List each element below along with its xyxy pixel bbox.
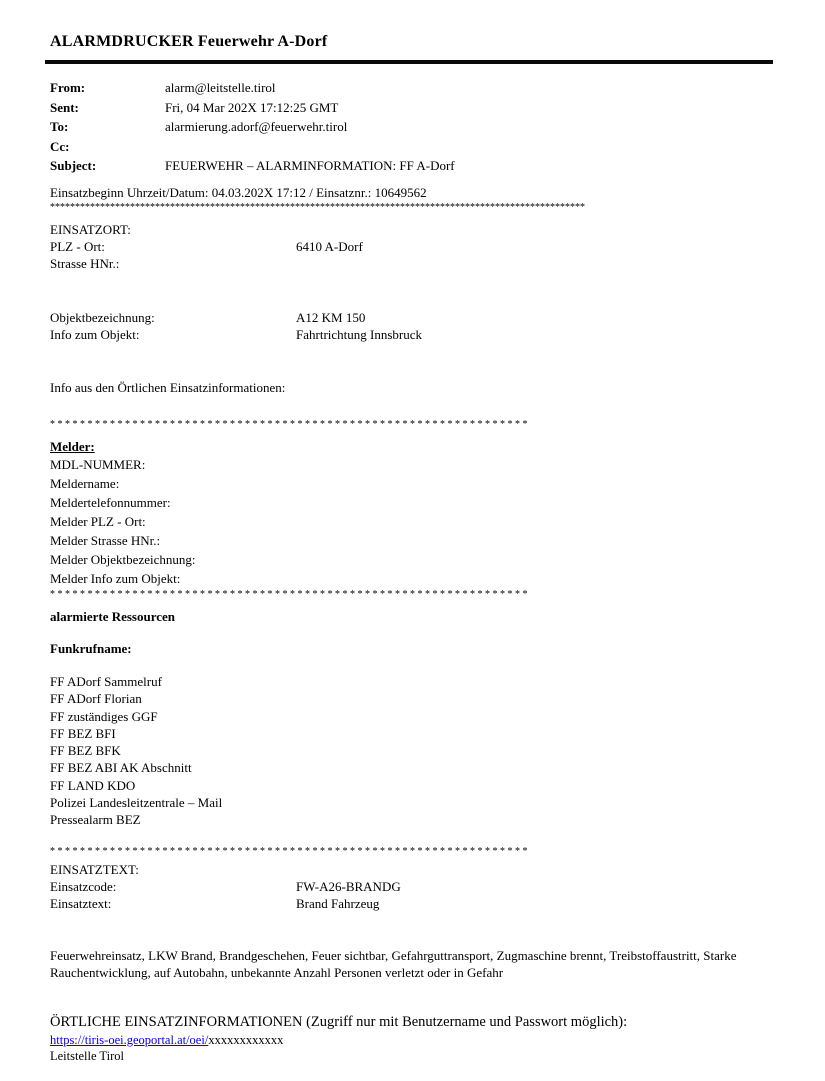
einsatz-description: Feuerwehreinsatz, LKW Brand, Brandgesche… [50,947,773,982]
email-label-from: From: [50,78,165,98]
resource-item-ggf: FF zuständiges GGF [50,708,773,725]
email-label-cc: Cc: [50,137,165,157]
page-title: ALARMDRUCKER Feuerwehr A-Dorf [50,32,773,52]
email-row-to: To: alarmierung.adorf@feuerwehr.tirol [50,117,773,137]
strasse-row: Strasse HNr.: [50,255,773,273]
plz-ort-row: PLZ - Ort: 6410 A-Dorf [50,238,773,256]
header-divider [45,60,773,64]
oertliche-einsatzinformationen-heading: ÖRTLICHE EINSATZINFORMATIONEN (Zugriff n… [50,1013,773,1032]
melder-row-meldername: Meldername: [50,474,773,493]
melder-row-mdl-nummer: MDL-NUMMER: [50,455,773,474]
einsatztext-heading: EINSATZTEXT: [50,861,773,878]
signature-leitstelle: Leitstelle Tirol [50,1048,773,1065]
einsatzcode-value: FW-A26-BRANDG [296,878,401,896]
objektbezeichnung-row: Objektbezeichnung: A12 KM 150 [50,309,773,327]
oertliche-info-line: Info aus den Örtlichen Einsatzinformatio… [50,379,773,397]
resource-item-bez-abi-ak: FF BEZ ABI AK Abschnitt [50,759,773,776]
resource-item-polizei: Polizei Landesleitzentrale – Mail [50,794,773,811]
melder-row-info-zum-objekt: Melder Info zum Objekt: [50,569,773,588]
melder-row-plz-ort: Melder PLZ - Ort: [50,512,773,531]
einsatzort-heading: EINSATZORT: [50,221,773,238]
resource-item-florian: FF ADorf Florian [50,690,773,707]
separator-stars-1: * * * * * * * * * * * * * * * * * * * * … [50,418,773,432]
email-row-from: From: alarm@leitstelle.tirol [50,78,773,98]
geoportal-link-line: https://tiris-oei.geoportal.at/oei/xxxxx… [50,1032,773,1049]
plz-ort-value: 6410 A-Dorf [296,238,363,256]
melder-row-strasse: Melder Strasse HNr.: [50,531,773,550]
einsatzcode-row: Einsatzcode: FW-A26-BRANDG [50,878,773,896]
email-value-from: alarm@leitstelle.tirol [165,78,276,98]
email-label-sent: Sent: [50,98,165,118]
alarmierte-ressourcen-heading: alarmierte Ressourcen [50,608,773,625]
melder-row-objektbezeichnung: Melder Objektbezeichnung: [50,550,773,569]
einsatzcode-label: Einsatzcode: [50,878,296,896]
email-header-block: From: alarm@leitstelle.tirol Sent: Fri, … [50,78,773,176]
resource-item-bez-bfi: FF BEZ BFI [50,725,773,742]
objektbezeichnung-label: Objektbezeichnung: [50,309,296,327]
info-zum-objekt-label: Info zum Objekt: [50,326,296,344]
resource-item-pressealarm: Pressealarm BEZ [50,811,773,828]
objektbezeichnung-value: A12 KM 150 [296,309,365,327]
separator-stars-3: * * * * * * * * * * * * * * * * * * * * … [50,845,773,859]
resource-item-bez-bfk: FF BEZ BFK [50,742,773,759]
email-label-to: To: [50,117,165,137]
funkrufname-heading: Funkrufname: [50,640,773,657]
email-value-sent: Fri, 04 Mar 202X 17:12:25 GMT [165,98,338,118]
email-value-to: alarmierung.adorf@feuerwehr.tirol [165,117,347,137]
geoportal-link-suffix: xxxxxxxxxxxx [208,1033,283,1047]
email-label-subject: Subject: [50,156,165,176]
einsatzbeginn-line: Einsatzbeginn Uhrzeit/Datum: 04.03.202X … [50,184,773,201]
einsatztext-value: Brand Fahrzeug [296,895,379,913]
strasse-label: Strasse HNr.: [50,255,296,273]
melder-heading: Melder: [50,438,773,455]
email-value-subject: FEUERWEHR – ALARMINFORMATION: FF A-Dorf [165,156,455,176]
alarm-printout-page: ALARMDRUCKER Feuerwehr A-Dorf From: alar… [0,0,825,1081]
separator-stars-dense: ****************************************… [50,201,773,215]
email-row-sent: Sent: Fri, 04 Mar 202X 17:12:25 GMT [50,98,773,118]
funkrufname-list: FF ADorf Sammelruf FF ADorf Florian FF z… [50,673,773,829]
einsatztext-row: Einsatztext: Brand Fahrzeug [50,895,773,913]
geoportal-link[interactable]: https://tiris-oei.geoportal.at/oei/ [50,1033,208,1047]
resource-item-sammelruf: FF ADorf Sammelruf [50,673,773,690]
email-row-subject: Subject: FEUERWEHR – ALARMINFORMATION: F… [50,156,773,176]
info-zum-objekt-value: Fahrtrichtung Innsbruck [296,326,422,344]
separator-stars-2: * * * * * * * * * * * * * * * * * * * * … [50,588,773,602]
plz-ort-label: PLZ - Ort: [50,238,296,256]
resource-item-land-kdo: FF LAND KDO [50,777,773,794]
email-row-cc: Cc: [50,137,773,157]
melder-row-meldertelefonnummer: Meldertelefonnummer: [50,493,773,512]
info-zum-objekt-row: Info zum Objekt: Fahrtrichtung Innsbruck [50,326,773,344]
melder-list: MDL-NUMMER: Meldername: Meldertelefonnum… [50,455,773,588]
einsatztext-label: Einsatztext: [50,895,296,913]
